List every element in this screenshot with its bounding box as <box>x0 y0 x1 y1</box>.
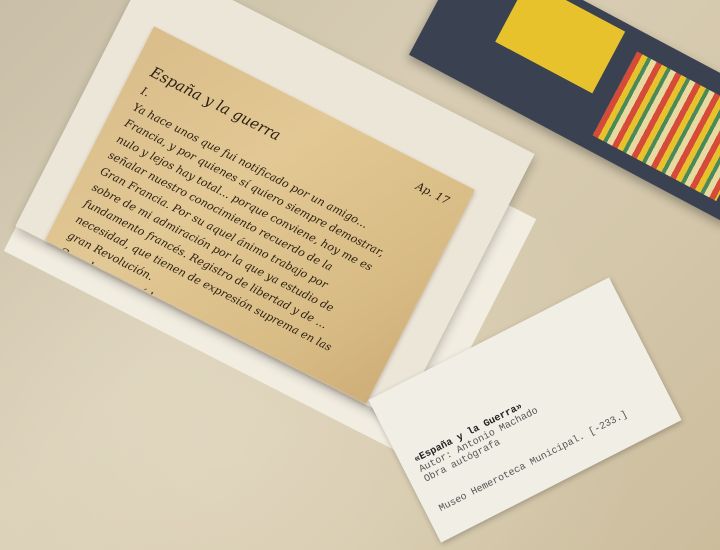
label-title: «España y la Guerra» <box>413 345 635 466</box>
artwork-yellow-panel <box>495 0 625 93</box>
